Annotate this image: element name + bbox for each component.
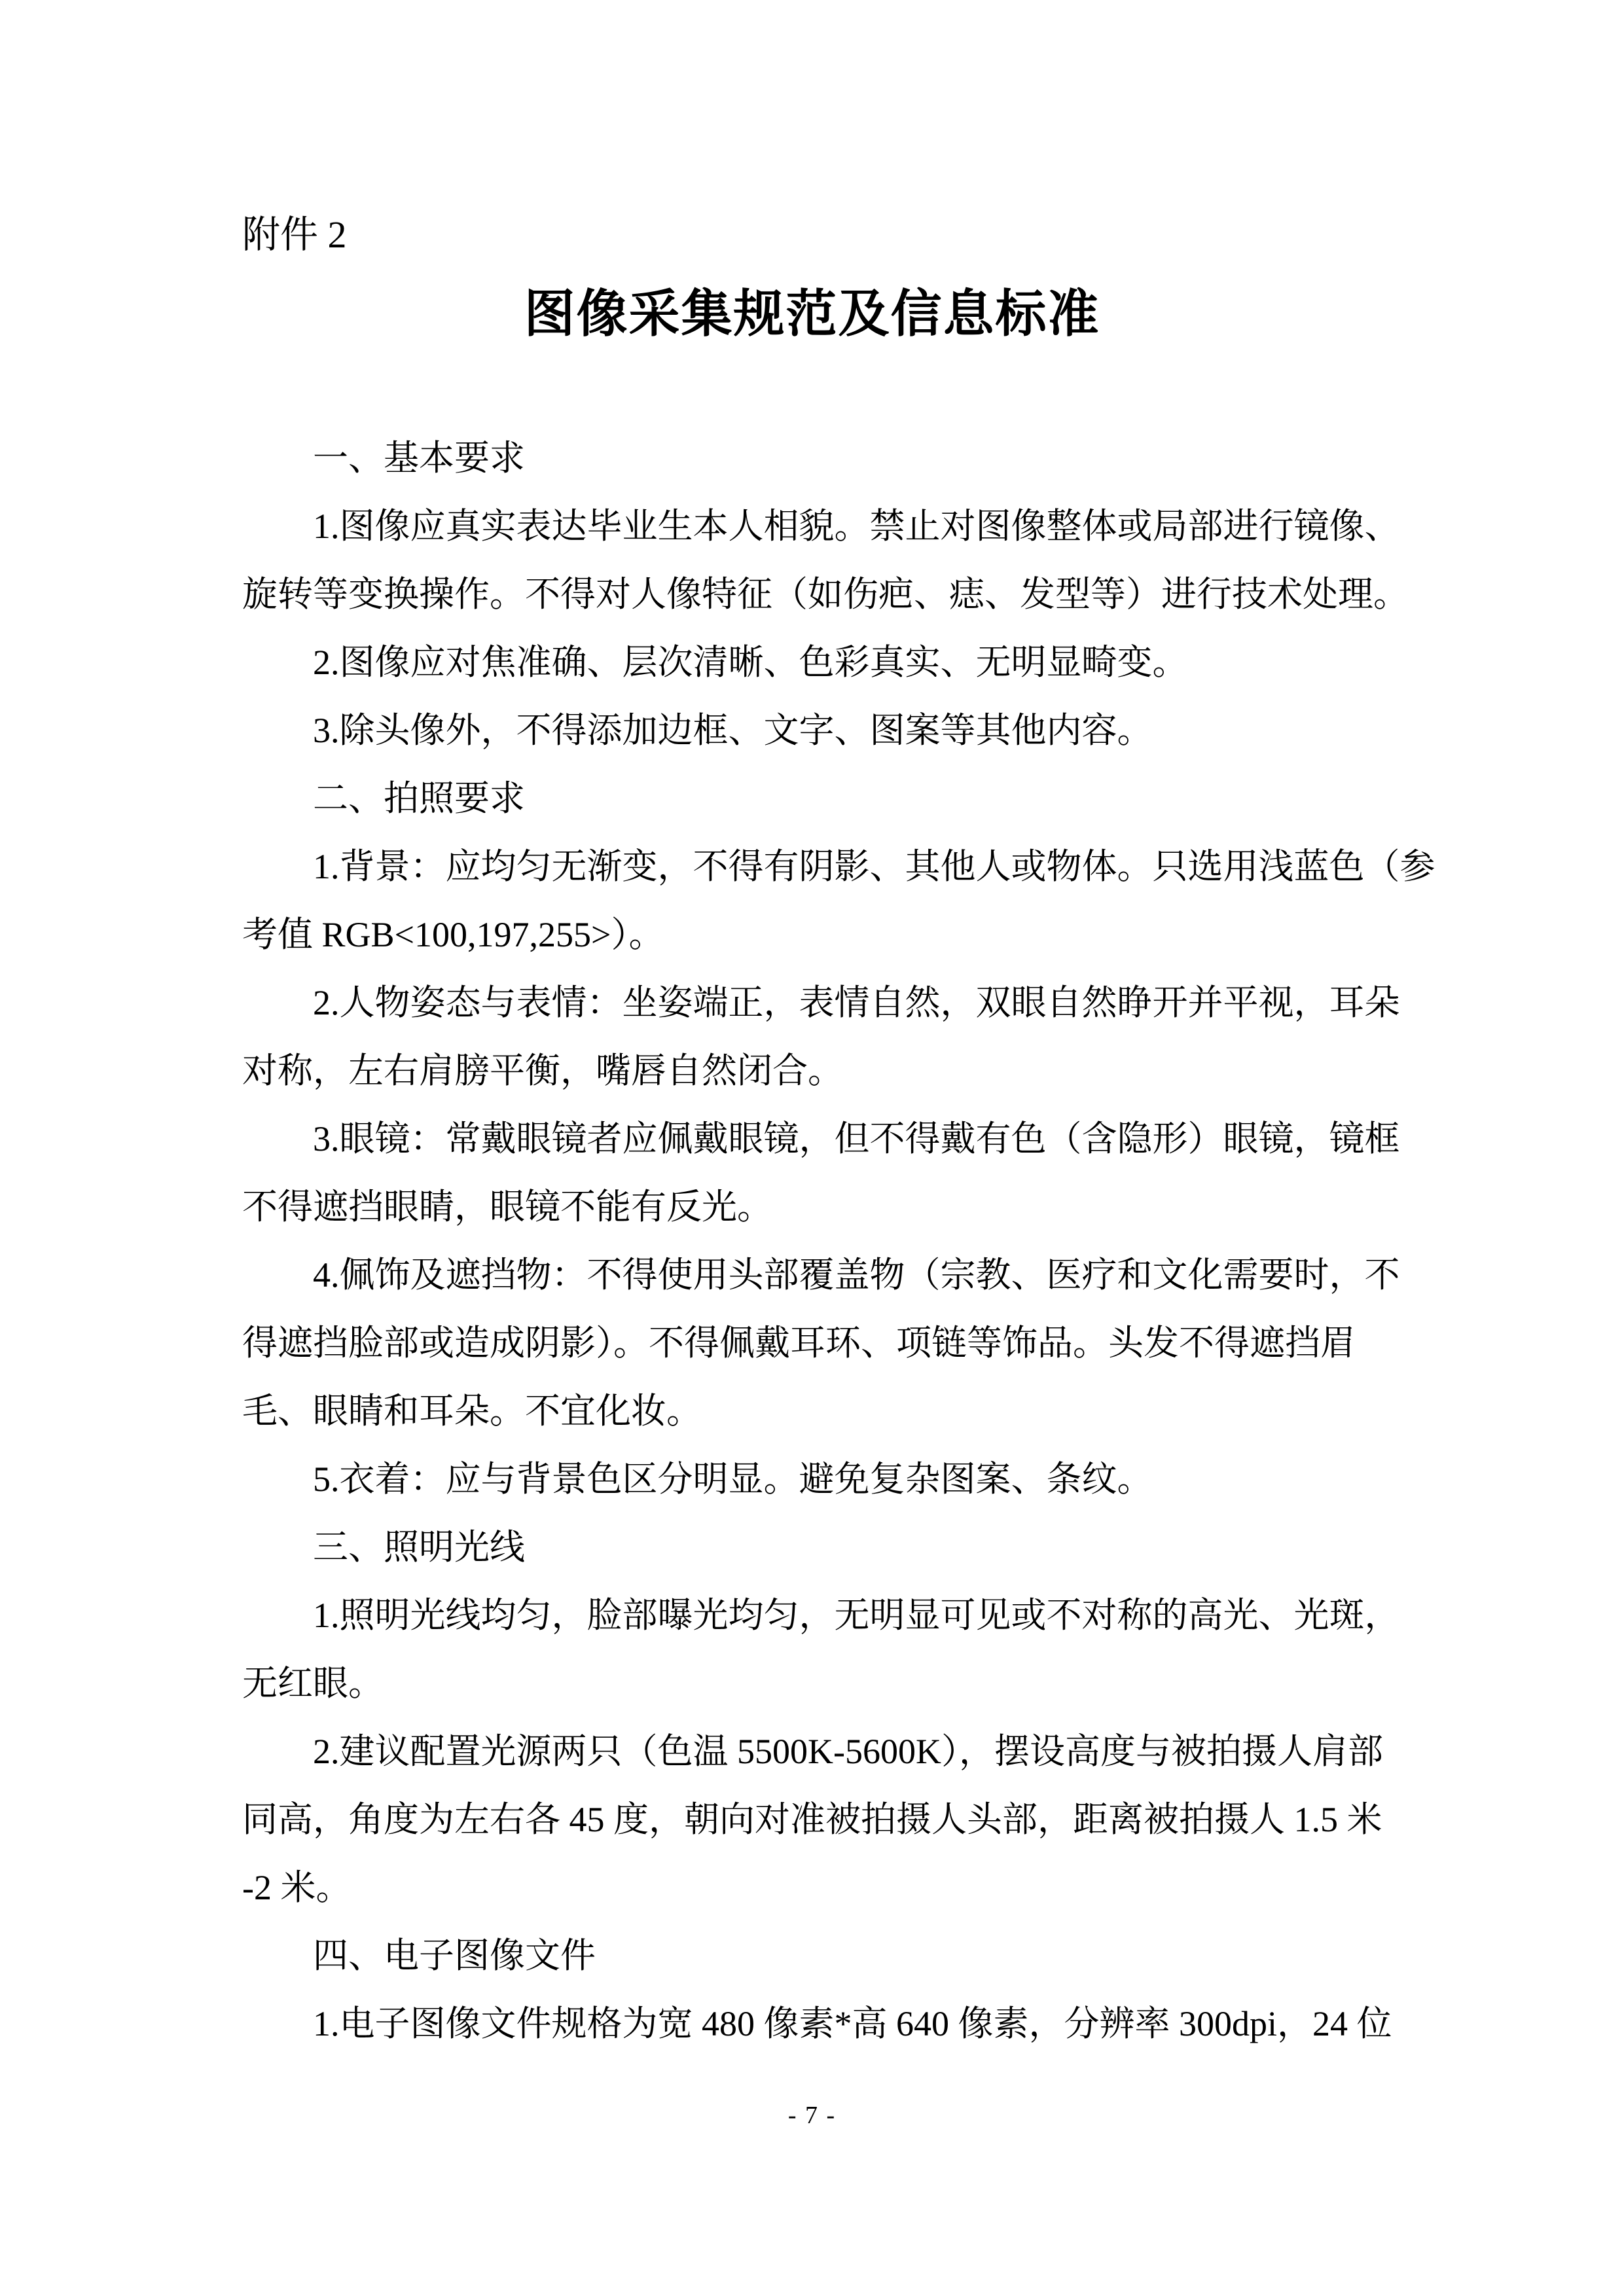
body-line: 三、照明光线 [242, 1513, 1408, 1581]
attachment-label: 附件 2 [242, 212, 347, 258]
page-title: 图像采集规范及信息标准 [0, 285, 1624, 343]
body-line: 一、基本要求 [242, 424, 1408, 492]
body-line: 4.佩饰及遮挡物：不得使用头部覆盖物（宗教、医疗和文化需要时，不 [242, 1241, 1408, 1309]
body-line: 旋转等变换操作。不得对人像特征（如伤疤、痣、发型等）进行技术处理。 [242, 560, 1408, 628]
document-page: 附件 2 图像采集规范及信息标准 一、基本要求1.图像应真实表达毕业生本人相貌。… [0, 0, 1624, 2296]
body-line: 2.建议配置光源两只（色温 5500K-5600K），摆设高度与被拍摄人肩部 [242, 1717, 1408, 1785]
body-line: 1.图像应真实表达毕业生本人相貌。禁止对图像整体或局部进行镜像、 [242, 492, 1408, 560]
body-line: 二、拍照要求 [242, 764, 1408, 833]
body-line: 得遮挡脸部或造成阴影）。不得佩戴耳环、项链等饰品。头发不得遮挡眉 [242, 1309, 1408, 1377]
document-body: 一、基本要求1.图像应真实表达毕业生本人相貌。禁止对图像整体或局部进行镜像、旋转… [242, 424, 1408, 2058]
body-line: 不得遮挡眼睛，眼镜不能有反光。 [242, 1173, 1408, 1241]
page-number: - 7 - [0, 2100, 1624, 2131]
body-line: 2.人物姿态与表情：坐姿端正，表情自然，双眼自然睁开并平视，耳朵 [242, 969, 1408, 1037]
body-line: -2 米。 [242, 1854, 1408, 1922]
body-line: 四、电子图像文件 [242, 1922, 1408, 1990]
body-line: 无红眼。 [242, 1649, 1408, 1717]
body-line: 1.照明光线均匀，脸部曝光均匀，无明显可见或不对称的高光、光斑， [242, 1581, 1408, 1649]
body-line: 毛、眼睛和耳朵。不宜化妆。 [242, 1377, 1408, 1445]
body-line: 2.图像应对焦准确、层次清晰、色彩真实、无明显畸变。 [242, 628, 1408, 696]
body-line: 对称，左右肩膀平衡，嘴唇自然闭合。 [242, 1037, 1408, 1105]
body-line: 1.电子图像文件规格为宽 480 像素*高 640 像素，分辨率 300dpi，… [242, 1990, 1408, 2058]
body-line: 5.衣着：应与背景色区分明显。避免复杂图案、条纹。 [242, 1445, 1408, 1513]
body-line: 3.除头像外，不得添加边框、文字、图案等其他内容。 [242, 696, 1408, 764]
body-line: 考值 RGB<100,197,255>）。 [242, 901, 1408, 969]
body-line: 1.背景：应均匀无渐变，不得有阴影、其他人或物体。只选用浅蓝色（参 [242, 833, 1408, 901]
body-line: 3.眼镜：常戴眼镜者应佩戴眼镜，但不得戴有色（含隐形）眼镜，镜框 [242, 1105, 1408, 1173]
body-line: 同高，角度为左右各 45 度，朝向对准被拍摄人头部，距离被拍摄人 1.5 米 [242, 1785, 1408, 1854]
